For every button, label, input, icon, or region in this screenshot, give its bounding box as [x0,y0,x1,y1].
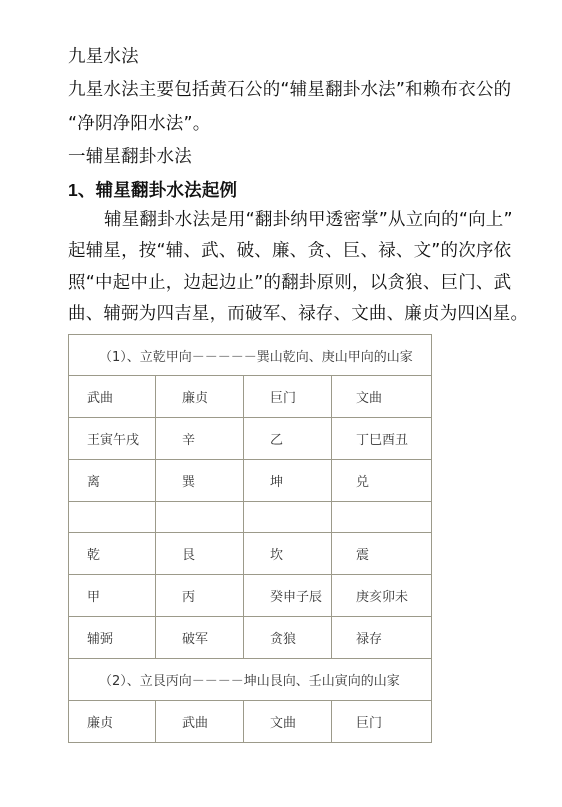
table-cell: 坤 [244,460,332,502]
table-row: 王寅午戌 辛 乙 丁巳酉丑 [69,418,432,460]
table-cell: 震 [332,533,432,575]
table-cell: 廉贞 [69,701,156,743]
table-cell: 王寅午戌 [69,418,156,460]
table-cell: 离 [69,460,156,502]
table-cell: 破军 [156,617,244,659]
table-cell: 癸申子辰 [244,575,332,617]
table-row: 离 巽 坤 兑 [69,460,432,502]
table-cell: 巽 [156,460,244,502]
table-cell [244,502,332,533]
table-cell: 庚亥卯未 [332,575,432,617]
document-page: 九星水法 九星水法主要包括黄石公的“辅星翻卦水法”和赖布衣公的 “净阴净阳水法”… [0,0,562,807]
table-cell [156,502,244,533]
table-cell: 廉贞 [156,376,244,418]
table-cell [69,502,156,533]
table-row: 廉贞 武曲 文曲 巨门 [69,701,432,743]
table-caption-2: （2）、立艮丙向－－－－坤山艮向、壬山寅向的山家 [69,659,432,701]
paragraph-line-2: 起辅星，按“辅、武、破、廉、贪、巨、禄、文”的次序依 [68,240,511,262]
table-cell: 甲 [69,575,156,617]
table-cell: 武曲 [69,376,156,418]
table-caption-1: （1）、立乾甲向－－－－－巽山乾向、庚山甲向的山家 [69,335,432,376]
intro-line-1: 九星水法主要包括黄石公的“辅星翻卦水法”和赖布衣公的 [68,79,511,101]
table-cell: 辛 [156,418,244,460]
paragraph-line-3: 照“中起中止，边起边止”的翻卦原则，以贪狼、巨门、武 [68,272,511,294]
table-cell: 巨门 [244,376,332,418]
table-cell: 兑 [332,460,432,502]
table-cell [332,502,432,533]
table-caption-row: （1）、立乾甲向－－－－－巽山乾向、庚山甲向的山家 [69,335,432,376]
table-cell: 文曲 [332,376,432,418]
table-cell: 巨门 [332,701,432,743]
table-cell: 贪狼 [244,617,332,659]
table-row: 辅弼 破军 贪狼 禄存 [69,617,432,659]
table-cell: 辅弼 [69,617,156,659]
table-cell: 禄存 [332,617,432,659]
intro-line-2: “净阴净阳水法”。 [68,113,210,135]
paragraph-line-4: 曲、辅弼为四吉星，而破军、禄存、文曲、廉贞为四凶星。 [68,303,528,325]
table-cell: 武曲 [156,701,244,743]
table-cell: 丙 [156,575,244,617]
table-row: 乾 艮 坎 震 [69,533,432,575]
section-heading: 一辅星翻卦水法 [68,146,192,168]
document-title: 九星水法 [68,46,139,68]
table-cell: 坎 [244,533,332,575]
nine-star-table: （1）、立乾甲向－－－－－巽山乾向、庚山甲向的山家 武曲 廉贞 巨门 文曲 王寅… [68,334,432,743]
table-caption-row: （2）、立艮丙向－－－－坤山艮向、壬山寅向的山家 [69,659,432,701]
table-cell: 丁巳酉丑 [332,418,432,460]
table-cell: 文曲 [244,701,332,743]
paragraph-line-1: 辅星翻卦水法是用“翻卦纳甲透密掌”从立向的“向上” [104,209,513,231]
table-row-blank [69,502,432,533]
subsection-heading: 1、辅星翻卦水法起例 [68,179,237,201]
table-row: 武曲 廉贞 巨门 文曲 [69,376,432,418]
table-cell: 乾 [69,533,156,575]
table-row: 甲 丙 癸申子辰 庚亥卯未 [69,575,432,617]
table-cell: 艮 [156,533,244,575]
table-cell: 乙 [244,418,332,460]
